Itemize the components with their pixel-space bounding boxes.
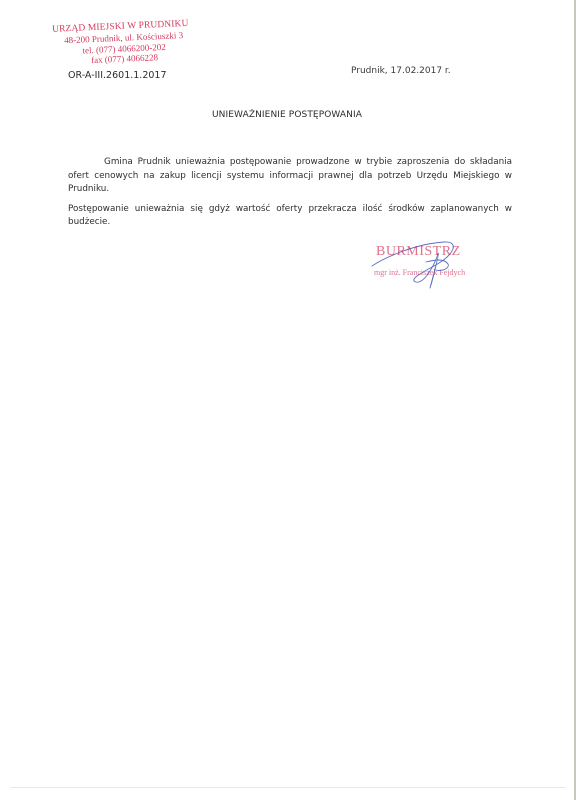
document-body: Gmina Prudnik unieważnia postępowanie pr… <box>68 156 512 230</box>
office-stamp: URZĄD MIEJSKI W PRUDNIKU 48-200 Prudnik,… <box>48 18 200 67</box>
paragraph-2: Postępowanie unieważnia się gdyż wartość… <box>68 203 512 230</box>
reference-number: OR-A-III.2601.1.2017 <box>68 70 167 81</box>
document-page: URZĄD MIEJSKI W PRUDNIKU 48-200 Prudnik,… <box>0 0 576 800</box>
handwritten-signature-icon <box>364 236 504 296</box>
document-title: UNIEWAŻNIENIE POSTĘPOWANIA <box>212 110 362 120</box>
paragraph-1: Gmina Prudnik unieważnia postępowanie pr… <box>68 156 512 197</box>
scan-edge-bottom <box>10 787 566 788</box>
place-date: Prudnik, 17.02.2017 r. <box>351 66 451 76</box>
signature-block: BURMISTRZ mgr inż. Franciszek Fejdych <box>364 236 504 296</box>
